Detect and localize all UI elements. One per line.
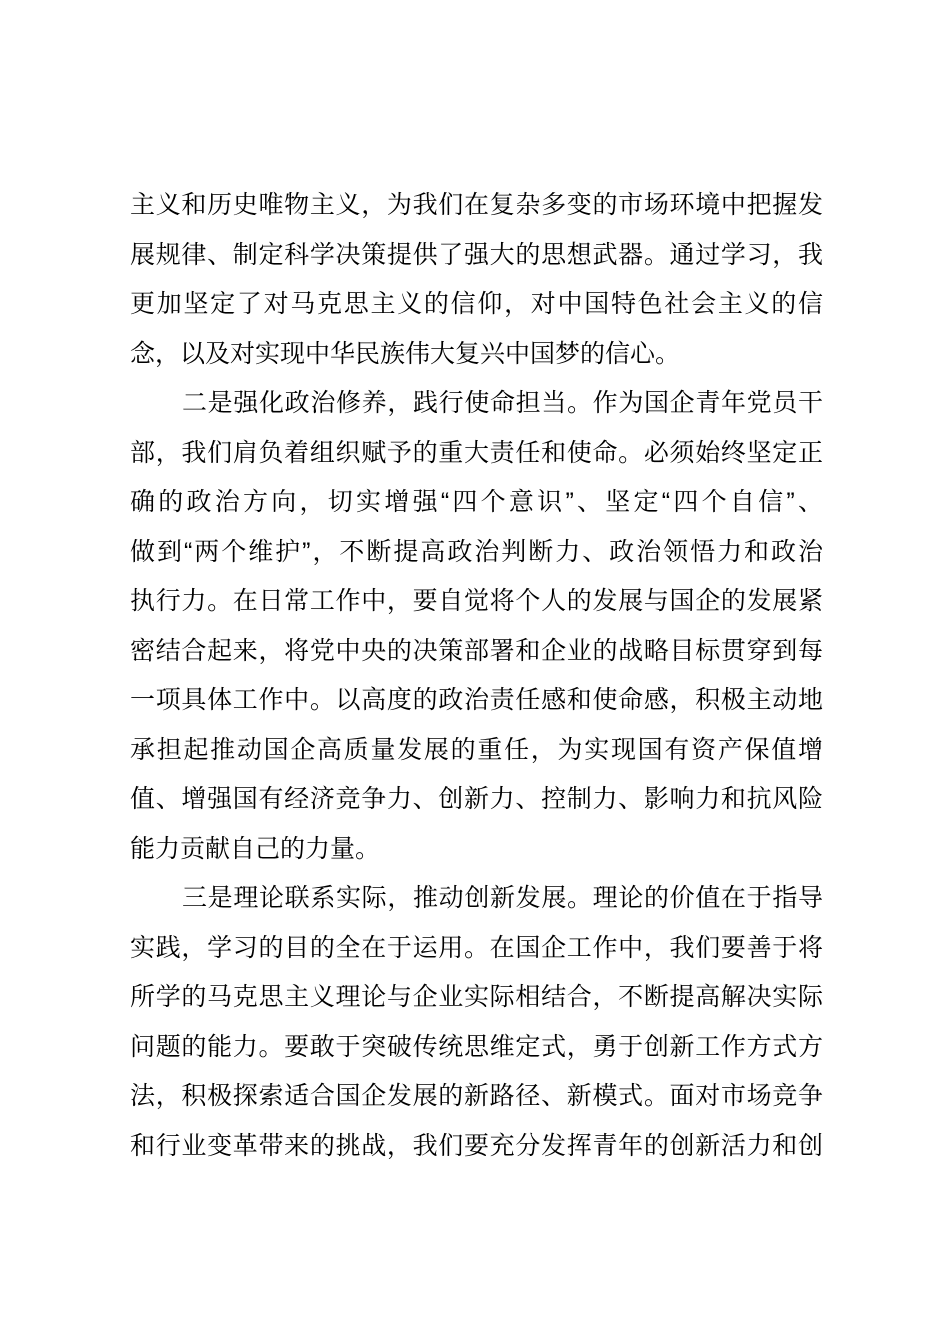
text-line: 密结合起来，将党中央的决策部署和企业的战略目标贯穿到每 bbox=[130, 627, 823, 677]
text-line: 确的政治方向，切实增强“四个意识”、坚定“四个自信”、 bbox=[130, 478, 823, 528]
text-line: 念，以及对实现中华民族伟大复兴中国梦的信心。 bbox=[130, 330, 823, 380]
document-page: 主义和历史唯物主义，为我们在复杂多变的市场环境中把握发展规律、制定科学决策提供了… bbox=[0, 0, 950, 1344]
text-line: 值、增强国有经济竞争力、创新力、控制力、影响力和抗风险 bbox=[130, 775, 823, 825]
text-line: 能力贡献自己的力量。 bbox=[130, 825, 823, 875]
text-line: 承担起推动国企高质量发展的重任，为实现国有资产保值增 bbox=[130, 726, 823, 776]
text-line: 三是理论联系实际，推动创新发展。理论的价值在于指导 bbox=[130, 874, 823, 924]
text-line: 和行业变革带来的挑战，我们要充分发挥青年的创新活力和创 bbox=[130, 1122, 823, 1172]
text-line: 更加坚定了对马克思主义的信仰，对中国特色社会主义的信 bbox=[130, 280, 823, 330]
paragraph: 主义和历史唯物主义，为我们在复杂多变的市场环境中把握发展规律、制定科学决策提供了… bbox=[130, 181, 823, 379]
text-line: 法，积极探索适合国企发展的新路径、新模式。面对市场竞争 bbox=[130, 1072, 823, 1122]
paragraph: 三是理论联系实际，推动创新发展。理论的价值在于指导实践，学习的目的全在于运用。在… bbox=[130, 874, 823, 1171]
paragraph: 二是强化政治修养，践行使命担当。作为国企青年党员干部，我们肩负着组织赋予的重大责… bbox=[130, 379, 823, 874]
text-line: 一项具体工作中。以高度的政治责任感和使命感，积极主动地 bbox=[130, 676, 823, 726]
text-line: 实践，学习的目的全在于运用。在国企工作中，我们要善于将 bbox=[130, 924, 823, 974]
text-line: 二是强化政治修养，践行使命担当。作为国企青年党员干 bbox=[130, 379, 823, 429]
text-line: 部，我们肩负着组织赋予的重大责任和使命。必须始终坚定正 bbox=[130, 429, 823, 479]
text-line: 所学的马克思主义理论与企业实际相结合，不断提高解决实际 bbox=[130, 973, 823, 1023]
text-line: 执行力。在日常工作中，要自觉将个人的发展与国企的发展紧 bbox=[130, 577, 823, 627]
text-line: 做到“两个维护”，不断提高政治判断力、政治领悟力和政治 bbox=[130, 528, 823, 578]
document-body: 主义和历史唯物主义，为我们在复杂多变的市场环境中把握发展规律、制定科学决策提供了… bbox=[130, 181, 823, 1171]
text-line: 主义和历史唯物主义，为我们在复杂多变的市场环境中把握发 bbox=[130, 181, 823, 231]
text-line: 问题的能力。要敢于突破传统思维定式，勇于创新工作方式方 bbox=[130, 1023, 823, 1073]
text-line: 展规律、制定科学决策提供了强大的思想武器。通过学习，我 bbox=[130, 231, 823, 281]
